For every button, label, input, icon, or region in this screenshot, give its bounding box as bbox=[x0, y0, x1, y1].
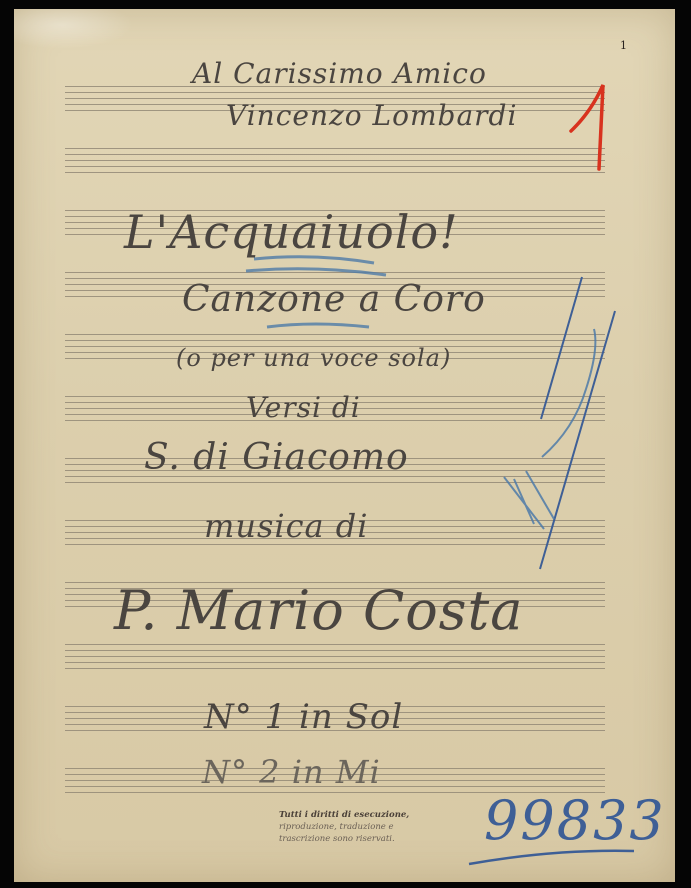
notice-line-3: trascrizione sono riservati. bbox=[279, 833, 409, 845]
printed-rights-notice: Tutti i diritti di esecuzione, riproduzi… bbox=[279, 809, 409, 845]
manuscript-page: 1 Al Carissimo Amico Vincenzo Lombardi L… bbox=[14, 9, 675, 882]
notice-line-1: Tutti i diritti di esecuzione, bbox=[279, 809, 409, 821]
blue-pencil-marks bbox=[14, 9, 675, 882]
inventory-number: 99833 bbox=[484, 789, 666, 852]
notice-line-2: riproduzione, traduzione e bbox=[279, 821, 409, 833]
